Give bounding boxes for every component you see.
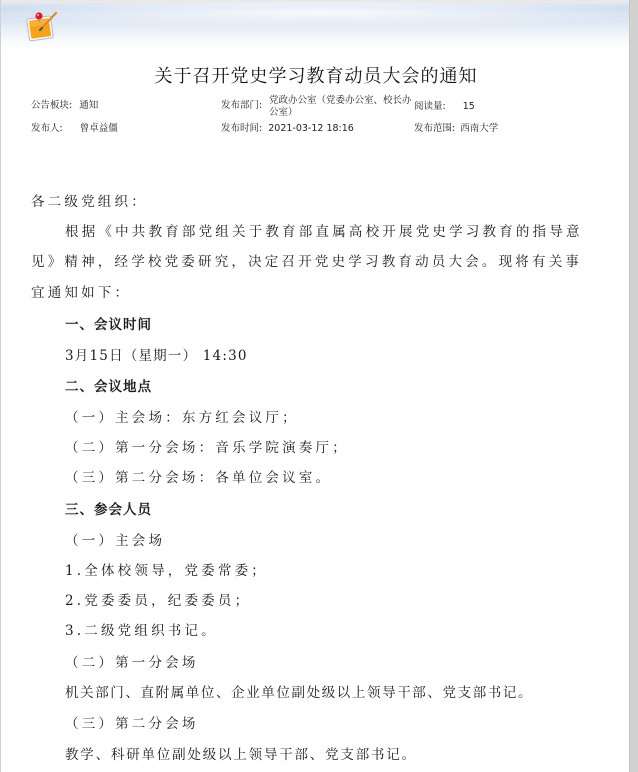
notice-pad-pencil-icon: [25, 8, 61, 44]
attendees-main-venue-heading: （一）主会场: [65, 529, 165, 549]
salutation: 各二级党组织：: [31, 190, 148, 210]
meta-section: 公告板块: 通知: [31, 100, 98, 112]
meta-publisher: 发布人: 曾卓益僵: [31, 123, 118, 135]
intro-paragraph-line-2: 见》精神，经学校党委研究，决定召开党史学习教育动员大会。现将有关事: [31, 250, 582, 270]
intro-paragraph-line-3: 宜通知如下：: [31, 281, 131, 301]
attendees-item-1: 1.全体校领导，党委常委；: [65, 559, 268, 579]
attendees-item-2: 2.党委委员，纪委委员；: [65, 589, 251, 609]
time-value: 2021-03-12 18:16: [268, 123, 354, 135]
attendees-branch-1-heading: （二）第一分会场: [65, 651, 199, 671]
meta-scope: 发布范围: 西南大学: [414, 123, 498, 135]
intro-paragraph-line-1: 根据《中共教育部党组关于教育部直属高校开展党史学习教育的指导意: [65, 220, 583, 240]
department-label: 发布部门:: [221, 100, 262, 112]
vertical-scrollbar[interactable]: [629, 0, 638, 772]
section-heading-location: 二、会议地点: [65, 375, 152, 395]
section-heading-time: 一、会议时间: [65, 313, 152, 333]
section-heading-attendees: 三、参会人员: [65, 498, 152, 518]
location-branch-venue-2: （三）第二分会场：各单位会议室。: [65, 466, 332, 486]
meta-reads: 阅读量: 15: [414, 101, 475, 113]
banner-wave-decoration: [1, 2, 631, 28]
publisher-label: 发布人:: [31, 123, 63, 135]
section-value: 通知: [79, 100, 98, 112]
notice-page: 关于召开党史学习教育动员大会的通知 公告板块: 通知 发布部门: 党政办公室（党…: [0, 0, 638, 772]
reads-value: 15: [463, 101, 475, 113]
attendees-branch-2-heading: （三）第二分会场: [65, 712, 199, 732]
time-label: 发布时间:: [221, 123, 262, 135]
meeting-time-value: 3月15日（星期一） 14:30: [65, 344, 248, 364]
page-title: 关于召开党史学习教育动员大会的通知: [1, 62, 631, 88]
scope-label: 发布范围:: [414, 123, 455, 135]
scope-value: 西南大学: [460, 123, 498, 135]
publisher-value: 曾卓益僵: [80, 123, 118, 135]
reads-label: 阅读量:: [414, 101, 446, 113]
meta-time: 发布时间: 2021-03-12 18:16: [221, 123, 354, 135]
attendees-branch-2-detail: 教学、科研单位副处级以上领导干部、党支部书记。: [65, 743, 417, 763]
location-branch-venue-1: （二）第一分会场：音乐学院演奏厅；: [65, 436, 349, 456]
location-main-venue: （一）主会场：东方红会议厅；: [65, 406, 299, 426]
attendees-branch-1-detail: 机关部门、直附属单位、企业单位副处级以上领导干部、党支部书记。: [65, 681, 533, 701]
department-value: 党政办公室（党委办公室、校长办公室）: [269, 95, 417, 119]
header-banner: [1, 0, 631, 50]
attendees-item-3: 3.二级党组织书记。: [65, 619, 218, 639]
section-label: 公告板块:: [31, 100, 72, 112]
